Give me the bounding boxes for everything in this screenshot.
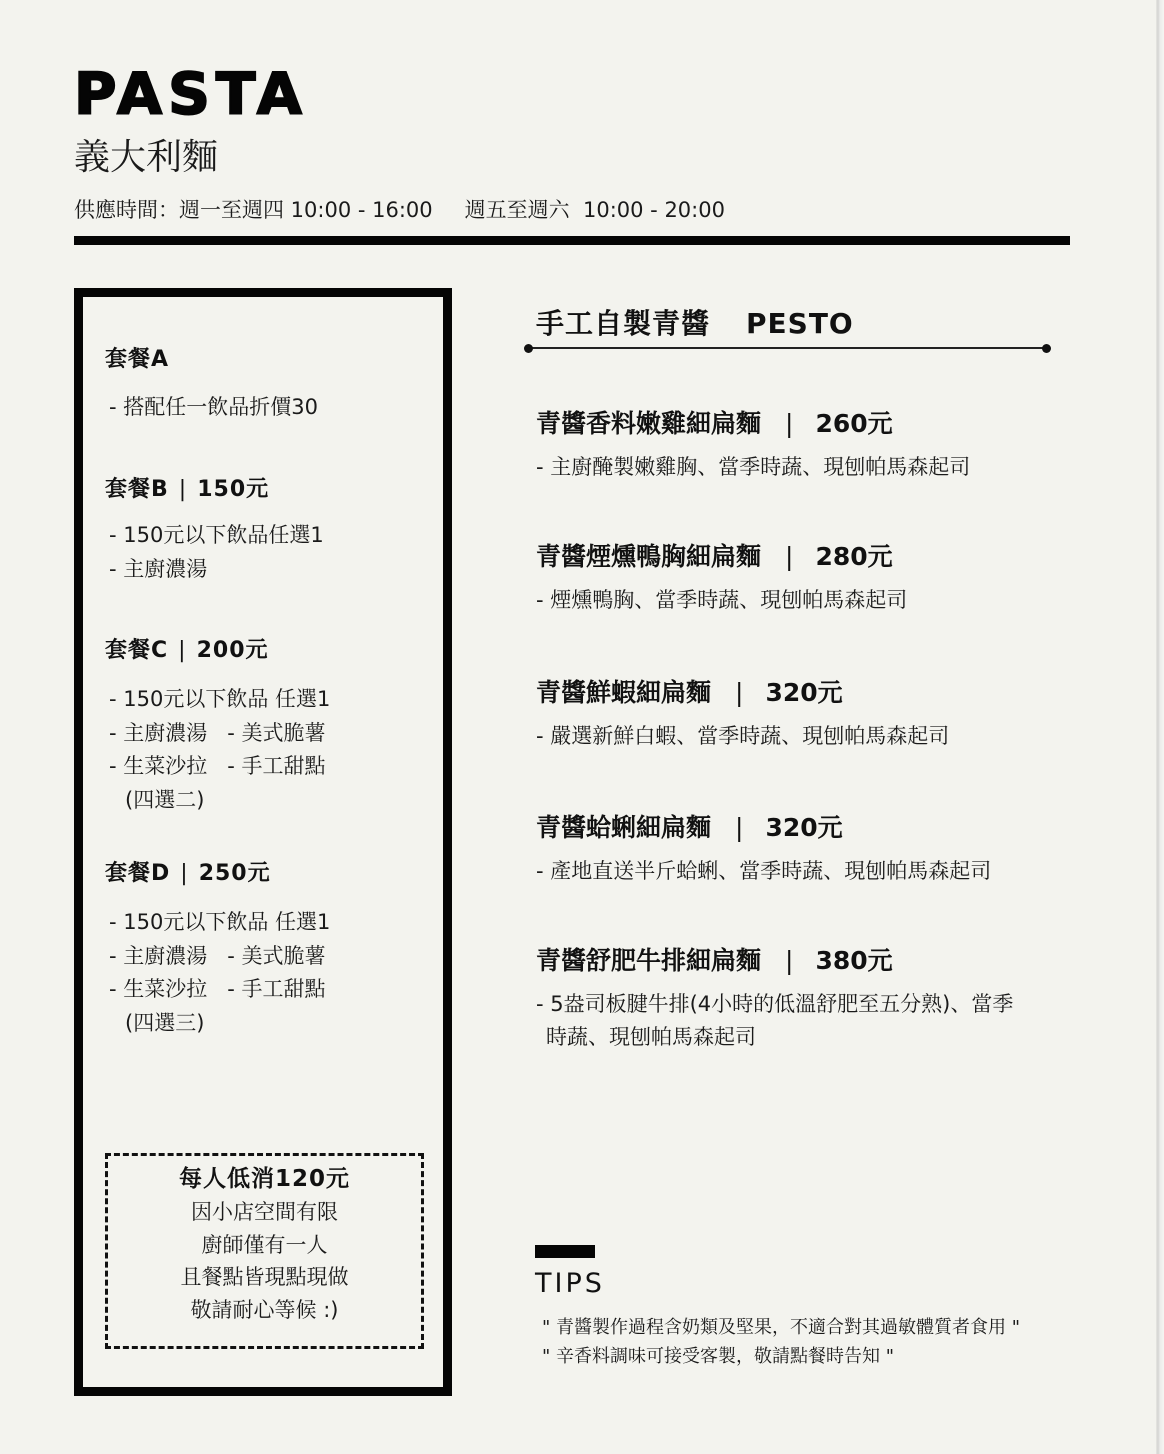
serving-hours: 供應時間：週一至週四 10:00 - 16:00週五至週六 10:00 - 20… — [74, 195, 725, 225]
hours-weekday: 週一至週四 10:00 - 16:00 — [179, 198, 433, 222]
bullet-dot-icon — [524, 344, 533, 353]
separator: | — [785, 407, 793, 441]
tips-title: TIPS — [535, 1266, 605, 1302]
hours-weekend: 週五至週六 10:00 - 20:00 — [465, 198, 725, 222]
set-line: - 150元以下飲品 任選1 — [109, 683, 330, 717]
dish-description-line: 時蔬、現刨帕馬森起司 — [536, 1021, 1076, 1054]
dish-name: 青醬舒肥牛排細扁麵 — [536, 946, 761, 975]
dish-description-line: - 5盎司板腱牛排(4小時的低溫舒肥至五分熟)、當季 — [536, 992, 1013, 1016]
separator: | — [785, 944, 793, 978]
notice-line: 因小店空間有限 — [108, 1196, 421, 1229]
pesto-section-heading: 手工自製青醬PESTO — [536, 306, 854, 342]
notice-line: 敬請耐心等候 :) — [108, 1294, 421, 1327]
separator: | — [785, 540, 793, 574]
set-line: (四選三) — [109, 1007, 330, 1041]
set-line: - 主廚濃湯 - 美式脆薯 — [109, 717, 330, 751]
set-price: 200元 — [197, 638, 269, 663]
set-meal-a: 套餐A - 搭配任一飲品折價30 — [105, 345, 318, 425]
pesto-heading-en: PESTO — [746, 307, 854, 340]
separator: | — [735, 676, 743, 710]
bullet-dot-icon — [1042, 344, 1051, 353]
pesto-heading-underline — [528, 347, 1046, 349]
dish-item: 青醬鮮蝦細扁麵|320元 - 嚴選新鮮白蝦、當季時蔬、現刨帕馬森起司 — [536, 676, 1076, 753]
dish-description: - 5盎司板腱牛排(4小時的低溫舒肥至五分熟)、當季時蔬、現刨帕馬森起司 — [536, 988, 1076, 1054]
separator: | — [178, 638, 186, 663]
dish-name: 青醬鮮蝦細扁麵 — [536, 678, 711, 707]
set-price: 150元 — [197, 477, 269, 502]
separator: | — [180, 861, 188, 886]
dish-title: 青醬蛤蜊細扁麵|320元 — [536, 811, 1076, 845]
dish-title: 青醬鮮蝦細扁麵|320元 — [536, 676, 1076, 710]
separator: | — [735, 811, 743, 845]
set-line: (四選二) — [109, 784, 330, 818]
dish-name: 青醬香料嫩雞細扁麵 — [536, 409, 761, 438]
dish-title: 青醬舒肥牛排細扁麵|380元 — [536, 944, 1076, 978]
set-line: - 150元以下飲品 任選1 — [109, 906, 330, 940]
set-meals-panel: 套餐A - 搭配任一飲品折價30 套餐B|150元 - 150元以下飲品任選1 … — [74, 288, 452, 1396]
page-edge-shadow — [1156, 0, 1164, 1454]
set-line: - 搭配任一飲品折價30 — [109, 391, 318, 425]
dish-price: 320元 — [765, 813, 842, 842]
tips-list: " 青醬製作過程含奶類及堅果，不適合對其過敏體質者食用 " " 辛香料調味可接受… — [542, 1313, 1020, 1371]
dish-description: - 主廚醃製嫩雞胸、當季時蔬、現刨帕馬森起司 — [536, 451, 1076, 484]
menu-title-en: PASTA — [74, 63, 308, 126]
set-name: 套餐D — [105, 861, 170, 886]
dish-description: - 嚴選新鮮白蝦、當季時蔬、現刨帕馬森起司 — [536, 720, 1076, 753]
set-name: 套餐C — [105, 638, 168, 663]
dish-price: 380元 — [815, 946, 892, 975]
set-title: 套餐C|200元 — [105, 636, 330, 666]
dish-name: 青醬煙燻鴨胸細扁麵 — [536, 542, 761, 571]
set-title: 套餐B|150元 — [105, 475, 324, 505]
dish-description: - 產地直送半斤蛤蜊、當季時蔬、現刨帕馬森起司 — [536, 855, 1076, 888]
set-meal-d: 套餐D|250元 - 150元以下飲品 任選1 - 主廚濃湯 - 美式脆薯 - … — [105, 859, 330, 1040]
set-meal-c: 套餐C|200元 - 150元以下飲品 任選1 - 主廚濃湯 - 美式脆薯 - … — [105, 636, 330, 817]
set-title: 套餐D|250元 — [105, 859, 330, 889]
menu-title-zh: 義大利麵 — [74, 136, 218, 180]
dish-item: 青醬煙燻鴨胸細扁麵|280元 - 煙燻鴨胸、當季時蔬、現刨帕馬森起司 — [536, 540, 1076, 617]
dish-price: 260元 — [815, 409, 892, 438]
tip-line: " 辛香料調味可接受客製，敬請點餐時告知 " — [542, 1342, 1020, 1371]
set-title: 套餐A — [105, 345, 318, 375]
pesto-heading-zh: 手工自製青醬 — [536, 307, 710, 340]
dish-title: 青醬香料嫩雞細扁麵|260元 — [536, 407, 1076, 441]
notice-line: 廚師僅有一人 — [108, 1229, 421, 1262]
minimum-charge-notice: 每人低消120元 因小店空間有限 廚師僅有一人 且餐點皆現點現做 敬請耐心等候 … — [105, 1153, 424, 1349]
tips-accent-bar — [535, 1245, 595, 1258]
header-divider — [74, 236, 1070, 245]
dish-item: 青醬蛤蜊細扁麵|320元 - 產地直送半斤蛤蜊、當季時蔬、現刨帕馬森起司 — [536, 811, 1076, 888]
set-name: 套餐B — [105, 477, 169, 502]
dish-name: 青醬蛤蜊細扁麵 — [536, 813, 711, 842]
dish-item: 青醬香料嫩雞細扁麵|260元 - 主廚醃製嫩雞胸、當季時蔬、現刨帕馬森起司 — [536, 407, 1076, 484]
set-line: - 主廚濃湯 - 美式脆薯 — [109, 940, 330, 974]
notice-line: 且餐點皆現點現做 — [108, 1261, 421, 1294]
dish-price: 280元 — [815, 542, 892, 571]
notice-title: 每人低消120元 — [108, 1162, 421, 1196]
set-line: - 生菜沙拉 - 手工甜點 — [109, 750, 330, 784]
dish-description: - 煙燻鴨胸、當季時蔬、現刨帕馬森起司 — [536, 584, 1076, 617]
set-price: 250元 — [199, 861, 271, 886]
dish-price: 320元 — [765, 678, 842, 707]
set-line: - 150元以下飲品任選1 — [109, 519, 324, 553]
set-name: 套餐A — [105, 347, 169, 372]
hours-label: 供應時間： — [74, 198, 179, 222]
tip-line: " 青醬製作過程含奶類及堅果，不適合對其過敏體質者食用 " — [542, 1313, 1020, 1342]
dish-item: 青醬舒肥牛排細扁麵|380元 - 5盎司板腱牛排(4小時的低溫舒肥至五分熟)、當… — [536, 944, 1076, 1054]
separator: | — [179, 477, 187, 502]
dish-title: 青醬煙燻鴨胸細扁麵|280元 — [536, 540, 1076, 574]
set-line: - 主廚濃湯 — [109, 553, 324, 587]
set-line: - 生菜沙拉 - 手工甜點 — [109, 973, 330, 1007]
set-meal-b: 套餐B|150元 - 150元以下飲品任選1 - 主廚濃湯 — [105, 475, 324, 586]
